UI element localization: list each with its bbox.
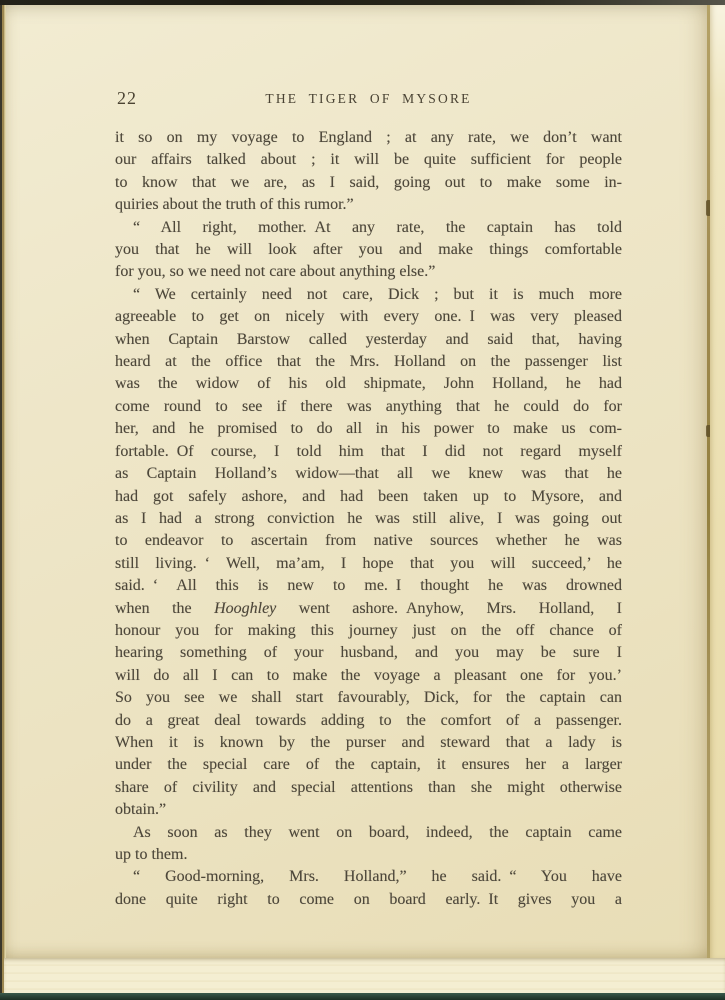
text-line: “ Good-morning, Mrs. Holland,” he said. … xyxy=(115,866,622,888)
text-line: agreeable to get on nicely with every on… xyxy=(115,306,622,328)
text-line: you that he will look after you and make… xyxy=(115,239,622,261)
text-line: fortable. Of course, I told him that I d… xyxy=(115,441,622,463)
text-line: our affairs talked about ; it will be qu… xyxy=(115,149,622,171)
text-line: up to them. xyxy=(115,844,622,866)
page-text: it so on my voyage to England ; at any r… xyxy=(115,127,622,911)
text-line: obtain.” xyxy=(115,799,622,821)
text-line: So you see we shall start favourably, Di… xyxy=(115,687,622,709)
text-line: honour you for making this journey just … xyxy=(115,620,622,642)
text-line: was the widow of his old shipmate, John … xyxy=(115,373,622,395)
text-line: As soon as they went on board, indeed, t… xyxy=(115,822,622,844)
adjacent-page-edge xyxy=(710,5,725,958)
paragraph: “ All right, mother. At any rate, the ca… xyxy=(115,217,622,284)
text-line: come round to see if there was anything … xyxy=(115,396,622,418)
paragraph: As soon as they went on board, indeed, t… xyxy=(115,822,622,867)
text-line: said. ‘ All this is new to me. I thought… xyxy=(115,575,622,597)
text-line: “ We certainly need not care, Dick ; but… xyxy=(115,284,622,306)
text-line: as I had a strong conviction he was stil… xyxy=(115,508,622,530)
book-cover-bottom xyxy=(0,993,725,1000)
text-line: under the special care of the captain, i… xyxy=(115,754,622,776)
text-line: to know that we are, as I said, going ou… xyxy=(115,172,622,194)
page-header-row: 22 THE TIGER OF MYSORE xyxy=(115,88,622,110)
text-line: share of civility and special attentions… xyxy=(115,777,622,799)
text-line: still living. ‘ Well, ma’am, I hope that… xyxy=(115,553,622,575)
text-line: for you, so we need not care about anyth… xyxy=(115,261,622,283)
paragraph: “ Good-morning, Mrs. Holland,” he said. … xyxy=(115,866,622,911)
text-line: had got safely ashore, and had been take… xyxy=(115,486,622,508)
paragraph: it so on my voyage to England ; at any r… xyxy=(115,127,622,217)
text-line: When it is known by the purser and stewa… xyxy=(115,732,622,754)
paragraph: “ We certainly need not care, Dick ; but… xyxy=(115,284,622,822)
text-line: “ All right, mother. At any rate, the ca… xyxy=(115,217,622,239)
text-line: quiries about the truth of this rumor.” xyxy=(115,194,622,216)
text-line: her, and he promised to do all in his po… xyxy=(115,418,622,440)
text-line: to endeavor to ascertain from native sou… xyxy=(115,530,622,552)
text-line: it so on my voyage to England ; at any r… xyxy=(115,127,622,149)
text-line: will do all I can to make the voyage a p… xyxy=(115,665,622,687)
text-line: when the Hooghley went ashore. Anyhow, M… xyxy=(115,598,622,620)
page-edges-bottom xyxy=(4,958,725,993)
book-page: 22 THE TIGER OF MYSORE it so on my voyag… xyxy=(6,5,707,958)
text-line: when Captain Barstow called yesterday an… xyxy=(115,329,622,351)
book-scan: 22 THE TIGER OF MYSORE it so on my voyag… xyxy=(0,0,725,1000)
text-line: heard at the office that the Mrs. Hollan… xyxy=(115,351,622,373)
text-line: as Captain Holland’s widow—that all we k… xyxy=(115,463,622,485)
text-line: do a great deal towards adding to the co… xyxy=(115,710,622,732)
running-header: THE TIGER OF MYSORE xyxy=(115,91,622,107)
text-line: hearing something of your husband, and y… xyxy=(115,642,622,664)
text-line: done quite right to come on board early.… xyxy=(115,889,622,911)
